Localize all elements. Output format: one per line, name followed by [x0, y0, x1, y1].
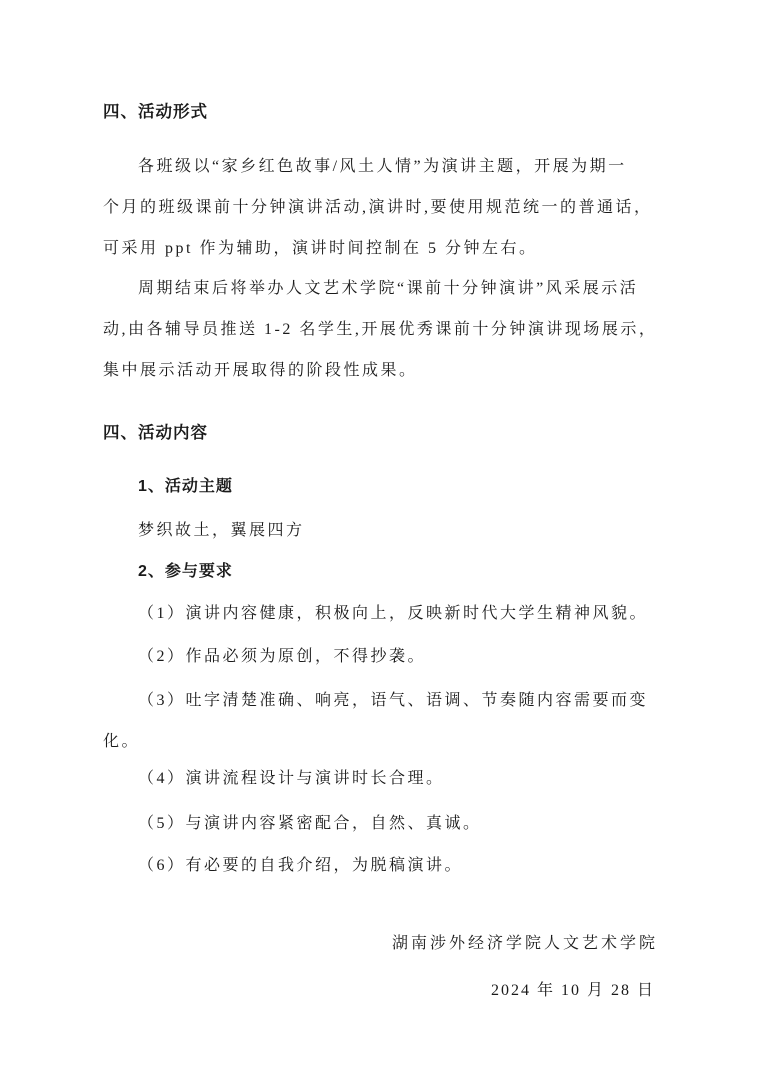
- requirement-item-3: （3）吐字清楚准确、响亮，语气、语调、节奏随内容需要而变 化。: [103, 680, 660, 762]
- section-heading-activity-content: 四、活动内容: [103, 412, 660, 454]
- requirement-item-1: （1）演讲内容健康，积极向上，反映新时代大学生精神风貌。: [103, 593, 660, 634]
- subheading-participation-requirements: 2、参与要求: [103, 551, 660, 593]
- paragraph-line: 动,由各辅导员推送 1-2 名学生,开展优秀课前十分钟演讲现场展示，: [103, 309, 660, 350]
- paragraph-line: 周期结束后将举办人文艺术学院“课前十分钟演讲”风采展示活: [103, 268, 660, 309]
- requirement-item-5: （5）与演讲内容紧密配合，自然、真诚。: [103, 803, 660, 844]
- paragraph-line: 各班级以“家乡红色故事/风土人情”为演讲主题，开展为期一: [103, 146, 660, 187]
- section-heading-activity-format: 四、活动形式: [103, 91, 660, 133]
- paragraph-line: 可采用 ppt 作为辅助，演讲时间控制在 5 分钟左右。: [103, 228, 660, 269]
- requirement-item-6: （6）有必要的自我介绍，为脱稿演讲。: [103, 845, 660, 886]
- signature-organization: 湖南涉外经济学院人文艺术学院: [103, 923, 658, 965]
- paragraph-activity-format-2: 周期结束后将举办人文艺术学院“课前十分钟演讲”风采展示活 动,由各辅导员推送 1…: [103, 268, 660, 391]
- paragraph-line: 化。: [103, 721, 660, 762]
- paragraph-line: 集中展示活动开展取得的阶段性成果。: [103, 350, 660, 391]
- signature-date: 2024 年 10 月 28 日: [103, 970, 655, 1012]
- theme-text: 梦织故土，翼展四方: [103, 510, 660, 551]
- requirement-item-2: （2）作品必须为原创，不得抄袭。: [103, 636, 660, 677]
- subheading-activity-theme: 1、活动主题: [103, 466, 660, 508]
- document-page: 四、活动形式 各班级以“家乡红色故事/风土人情”为演讲主题，开展为期一 个月的班…: [0, 0, 763, 1077]
- requirement-item-4: （4）演讲流程设计与演讲时长合理。: [103, 758, 660, 799]
- paragraph-activity-format-1: 各班级以“家乡红色故事/风土人情”为演讲主题，开展为期一 个月的班级课前十分钟演…: [103, 146, 660, 269]
- paragraph-line: 个月的班级课前十分钟演讲活动,演讲时,要使用规范统一的普通话，: [103, 187, 660, 228]
- paragraph-line: （3）吐字清楚准确、响亮，语气、语调、节奏随内容需要而变: [103, 680, 660, 721]
